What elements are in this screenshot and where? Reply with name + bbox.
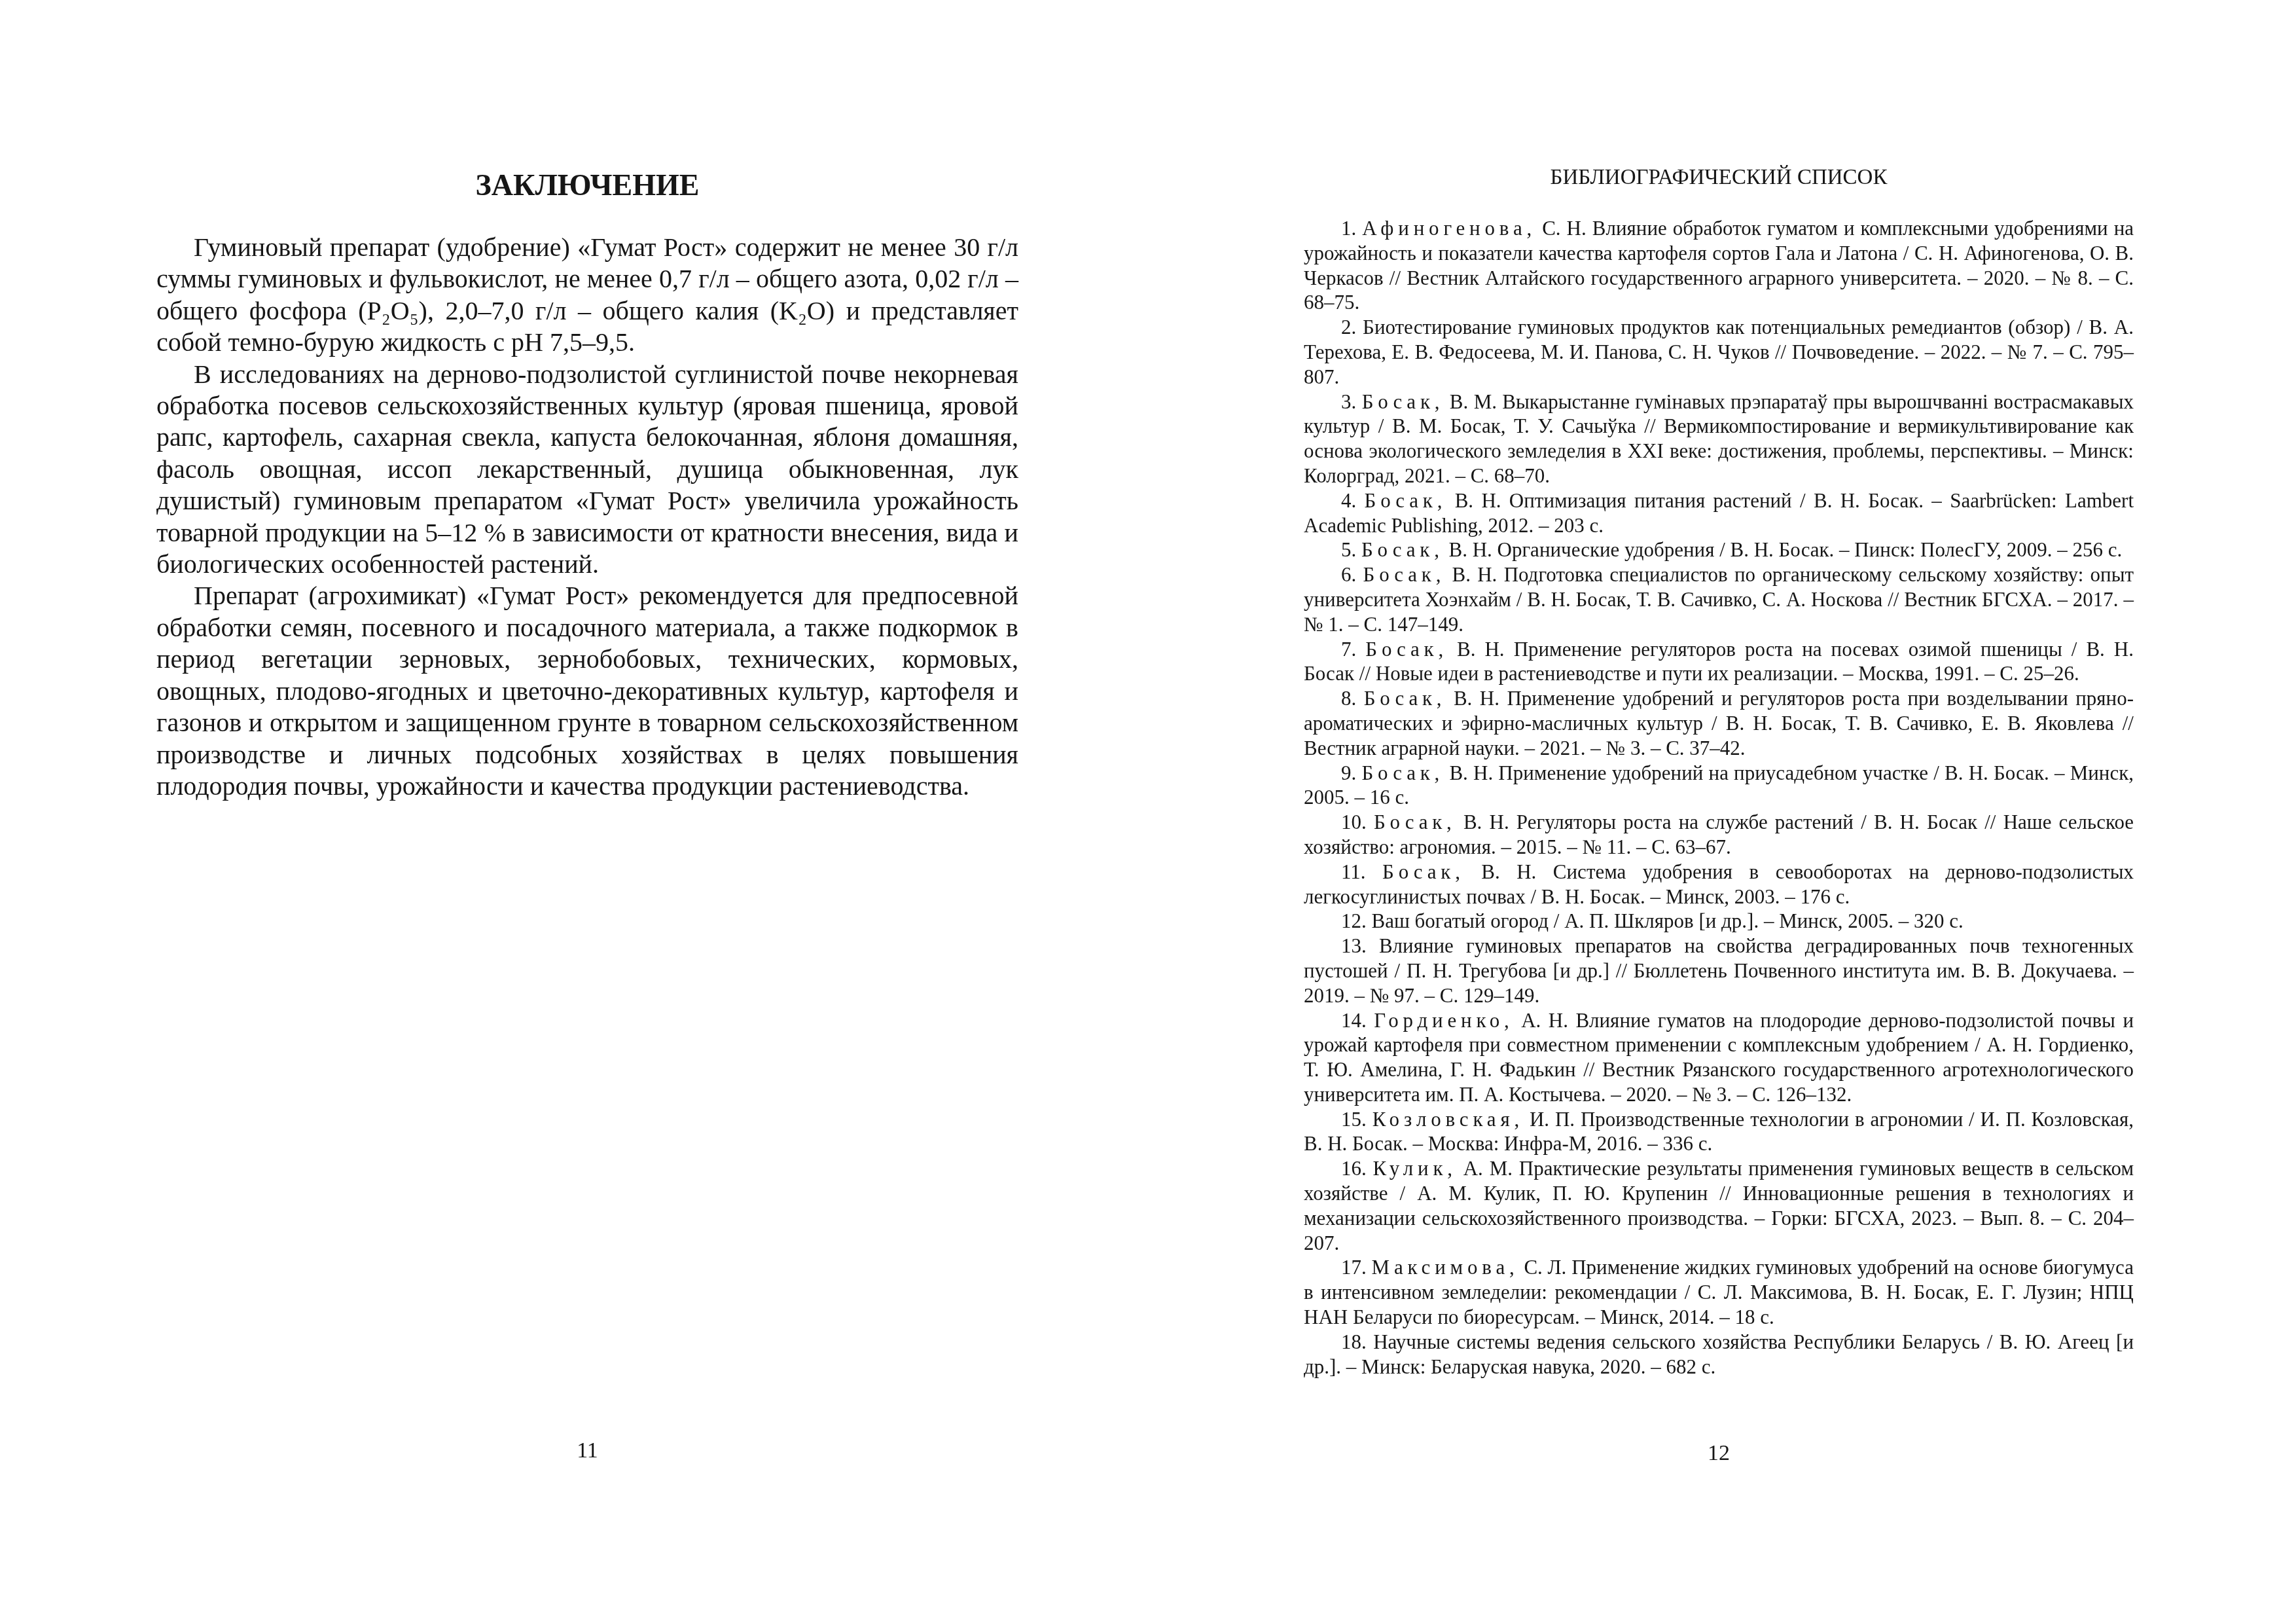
reference-author: Козловская, [1372, 1108, 1524, 1131]
reference-item: 1. Афиногенова, С. Н. Влияние обработок … [1304, 216, 2134, 315]
left-page-number: 11 [156, 1439, 1018, 1463]
reference-item: 13. Влияние гуминовых препаратов на свой… [1304, 934, 2134, 1008]
reference-author: Босак, [1374, 811, 1456, 833]
reference-list: 1. Афиногенова, С. Н. Влияние обработок … [1304, 216, 2134, 1379]
reference-author: Босак, [1363, 563, 1446, 586]
reference-number: 6. [1341, 563, 1356, 586]
reference-item: 18. Научные системы ведения сельского хо… [1304, 1330, 2134, 1379]
reference-author: Босак, [1361, 538, 1444, 561]
reference-number: 15. [1341, 1108, 1367, 1131]
reference-item: 14. Гордиенко, А. Н. Влияние гуматов на … [1304, 1008, 2134, 1107]
reference-item: 11. Босак, В. Н. Система удобрения в сев… [1304, 860, 2134, 909]
reference-text: Научные системы ведения сельского хозяйс… [1304, 1330, 2134, 1378]
reference-item: 2. Биотестирование гуминовых продуктов к… [1304, 315, 2134, 389]
reference-author: Гордиенко, [1374, 1009, 1513, 1032]
reference-item: 16. Кулик, А. М. Практические результаты… [1304, 1156, 2134, 1255]
reference-author: Босак, [1365, 489, 1447, 512]
reference-number: 7. [1341, 638, 1356, 661]
reference-number: 10. [1341, 811, 1367, 833]
reference-item: 10. Босак, В. Н. Регуляторы роста на слу… [1304, 810, 2134, 860]
reference-text: В. Н. Органические удобрения / В. Н. Бос… [1448, 538, 2122, 561]
reference-item: 9. Босак, В. Н. Применение удобрений на … [1304, 761, 2134, 811]
reference-number: 9. [1341, 761, 1356, 784]
bibliography-title: БИБЛИОГРАФИЧЕСКИЙ СПИСОК [1304, 164, 2134, 191]
reference-number: 18. [1341, 1330, 1367, 1353]
conclusion-title: ЗАКЛЮЧЕНИЕ [156, 169, 1018, 202]
reference-number: 16. [1341, 1157, 1367, 1180]
reference-number: 5. [1341, 538, 1356, 561]
right-page: БИБЛИОГРАФИЧЕСКИЙ СПИСОК 1. Афиногенова,… [1304, 164, 2134, 1379]
reference-text: Биотестирование гуминовых продуктов как … [1304, 316, 2134, 388]
reference-item: 8. Босак, В. Н. Применение удобрений и р… [1304, 686, 2134, 760]
reference-number: 12. [1341, 909, 1367, 932]
reference-author: Босак, [1364, 687, 1446, 710]
reference-item: 6. Босак, В. Н. Подготовка специалистов … [1304, 562, 2134, 636]
reference-author: Босак, [1362, 390, 1444, 413]
reference-author: Афиногенова, [1362, 217, 1536, 240]
right-page-number: 12 [1304, 1442, 2134, 1465]
reference-number: 11. [1341, 860, 1366, 883]
reference-text: Влияние гуминовых препаратов на свойства… [1304, 934, 2134, 1007]
reference-author: Босак, [1361, 761, 1444, 784]
reference-author: Босак, [1365, 638, 1448, 661]
conclusion-paragraph: Препарат (агрохимикат) «Гумат Рост» реко… [156, 580, 1018, 802]
reference-number: 2. [1341, 316, 1356, 338]
reference-number: 1. [1341, 217, 1356, 240]
reference-author: Босак, [1382, 860, 1465, 883]
reference-item: 12. Ваш богатый огород / А. П. Шкляров [… [1304, 909, 2134, 934]
reference-item: 7. Босак, В. Н. Применение регуляторов р… [1304, 637, 2134, 687]
reference-number: 8. [1341, 687, 1356, 710]
reference-item: 4. Босак, В. Н. Оптимизация питания раст… [1304, 488, 2134, 538]
reference-number: 17. [1341, 1256, 1367, 1279]
reference-number: 14. [1341, 1009, 1367, 1032]
conclusion-paragraph: В исследованиях на дерново-подзолистой с… [156, 359, 1018, 581]
reference-number: 4. [1341, 489, 1356, 512]
reference-number: 13. [1341, 934, 1367, 957]
reference-author: Максимова, [1372, 1256, 1519, 1279]
reference-item: 3. Босак, В. М. Выкарыстанне гумінавых п… [1304, 390, 2134, 488]
conclusion-body: Гуминовый препарат (удобрение) «Гумат Ро… [156, 232, 1018, 802]
book-spread: { "left_page": { "title": "ЗАКЛЮЧЕНИЕ", … [0, 0, 2296, 1623]
reference-item: 15. Козловская, И. П. Производственные т… [1304, 1107, 2134, 1157]
conclusion-paragraph: Гуминовый препарат (удобрение) «Гумат Ро… [156, 232, 1018, 359]
reference-author: Кулик, [1373, 1157, 1457, 1180]
left-page: ЗАКЛЮЧЕНИЕ Гуминовый препарат (удобрение… [156, 169, 1018, 802]
reference-text: Ваш богатый огород / А. П. Шкляров [и др… [1372, 909, 1964, 932]
reference-item: 5. Босак, В. Н. Органические удобрения /… [1304, 538, 2134, 562]
reference-number: 3. [1341, 390, 1356, 413]
reference-item: 17. Максимова, С. Л. Применение жидких г… [1304, 1255, 2134, 1329]
